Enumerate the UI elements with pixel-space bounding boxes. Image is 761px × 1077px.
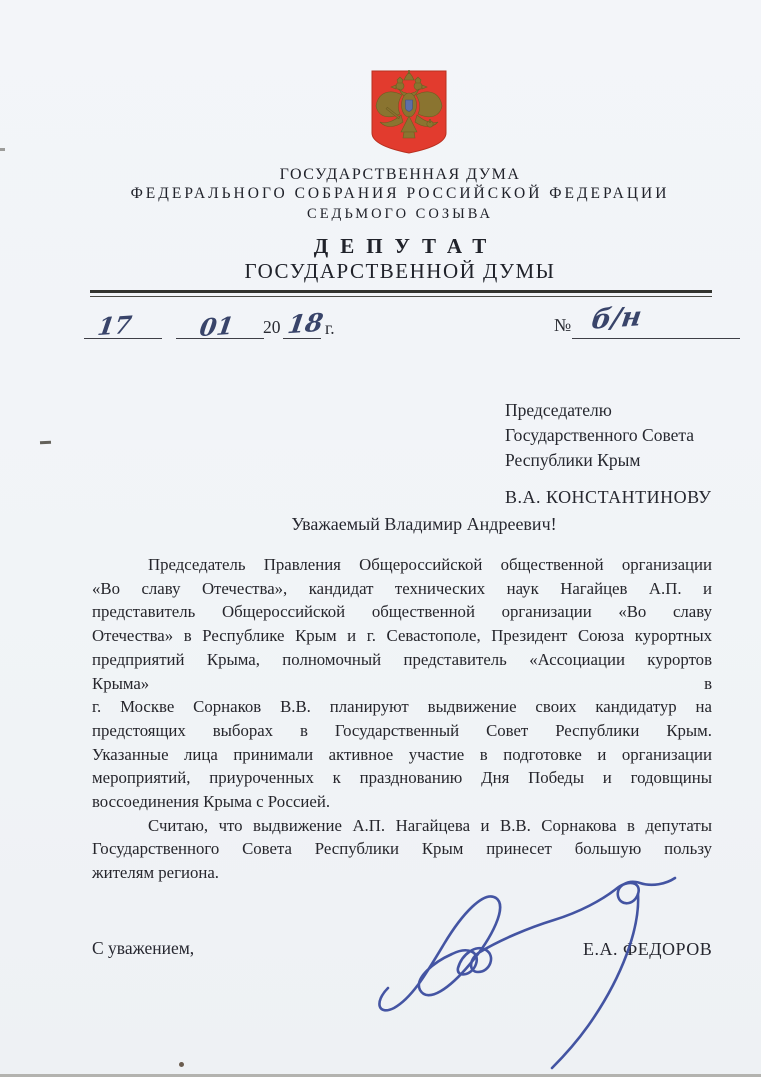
scan-speck xyxy=(0,148,5,151)
addressee-name: В.А. КОНСТАНТИНОВУ xyxy=(505,485,711,510)
number-sign: № xyxy=(554,315,571,336)
letterhead-divider xyxy=(90,290,712,297)
handwritten-number: б/н xyxy=(589,301,643,335)
body-line: воссоединения Крыма с Россией. xyxy=(92,790,712,814)
printed-century: 20 xyxy=(263,317,281,338)
letterhead-title: ДЕПУТАТ xyxy=(40,233,760,259)
scan-speck xyxy=(40,441,51,445)
org-name-line1: ГОСУДАРСТВЕННАЯ ДУМА xyxy=(40,166,760,184)
salutation: Уважаемый Владимир Андреевич! xyxy=(92,514,734,535)
body-text: Председатель Правления Общероссийской об… xyxy=(92,553,712,885)
handwritten-year: 18 xyxy=(286,308,325,339)
valediction: С уважением, xyxy=(92,938,194,959)
handwritten-month: 01 xyxy=(198,311,236,342)
body-line: Считаю, что выдвижение А.П. Нагайцева и … xyxy=(92,814,712,838)
letterhead: ГОСУДАРСТВЕННАЯ ДУМА ФЕДЕРАЛЬНОГО СОБРАН… xyxy=(40,166,760,284)
body-line: Указанные лица принимали активное участи… xyxy=(92,743,712,767)
body-line: «Во славу Отечества», кандидат техническ… xyxy=(92,577,712,601)
addressee-line: Председателю xyxy=(505,398,711,423)
handwritten-day: 17 xyxy=(96,310,134,341)
body-line: Отечества» в Республике Крым и г. Севаст… xyxy=(92,624,712,648)
org-name-line2: ФЕДЕРАЛЬНОГО СОБРАНИЯ РОССИЙСКОЙ ФЕДЕРАЦ… xyxy=(40,184,760,204)
letterhead-subtitle: ГОСУДАРСТВЕННОЙ ДУМЫ xyxy=(40,259,760,284)
doc-number-underline xyxy=(572,338,740,339)
printed-year-suffix: г. xyxy=(325,318,335,339)
body-line: мероприятий, приуроченных к празднованию… xyxy=(92,766,712,790)
body-line: Председатель Правления Общероссийской об… xyxy=(92,553,712,577)
addressee-line: Республики Крым xyxy=(505,448,711,473)
body-line: г. Москве Сорнаков В.В. планируют выдвиж… xyxy=(92,695,712,719)
scan-speck xyxy=(179,1062,184,1067)
russian-coat-of-arms-icon xyxy=(371,70,447,154)
handwritten-signature xyxy=(372,876,682,1072)
body-line: предприятий Крыма, полномочный представи… xyxy=(92,648,712,672)
org-name-line3: СЕДЬМОГО СОЗЫВА xyxy=(40,204,760,224)
body-line: Крыма» в xyxy=(92,672,712,696)
body-line: Государственного Совета Республики Крым … xyxy=(92,837,712,861)
body-line: представитель Общероссийской общественно… xyxy=(92,600,712,624)
addressee-block: Председателю Государственного Совета Рес… xyxy=(505,398,711,510)
body-line: предстоящих выборах в Государственный Со… xyxy=(92,719,712,743)
scanned-letter-page: ГОСУДАРСТВЕННАЯ ДУМА ФЕДЕРАЛЬНОГО СОБРАН… xyxy=(0,0,761,1077)
addressee-line: Государственного Совета xyxy=(505,423,711,448)
